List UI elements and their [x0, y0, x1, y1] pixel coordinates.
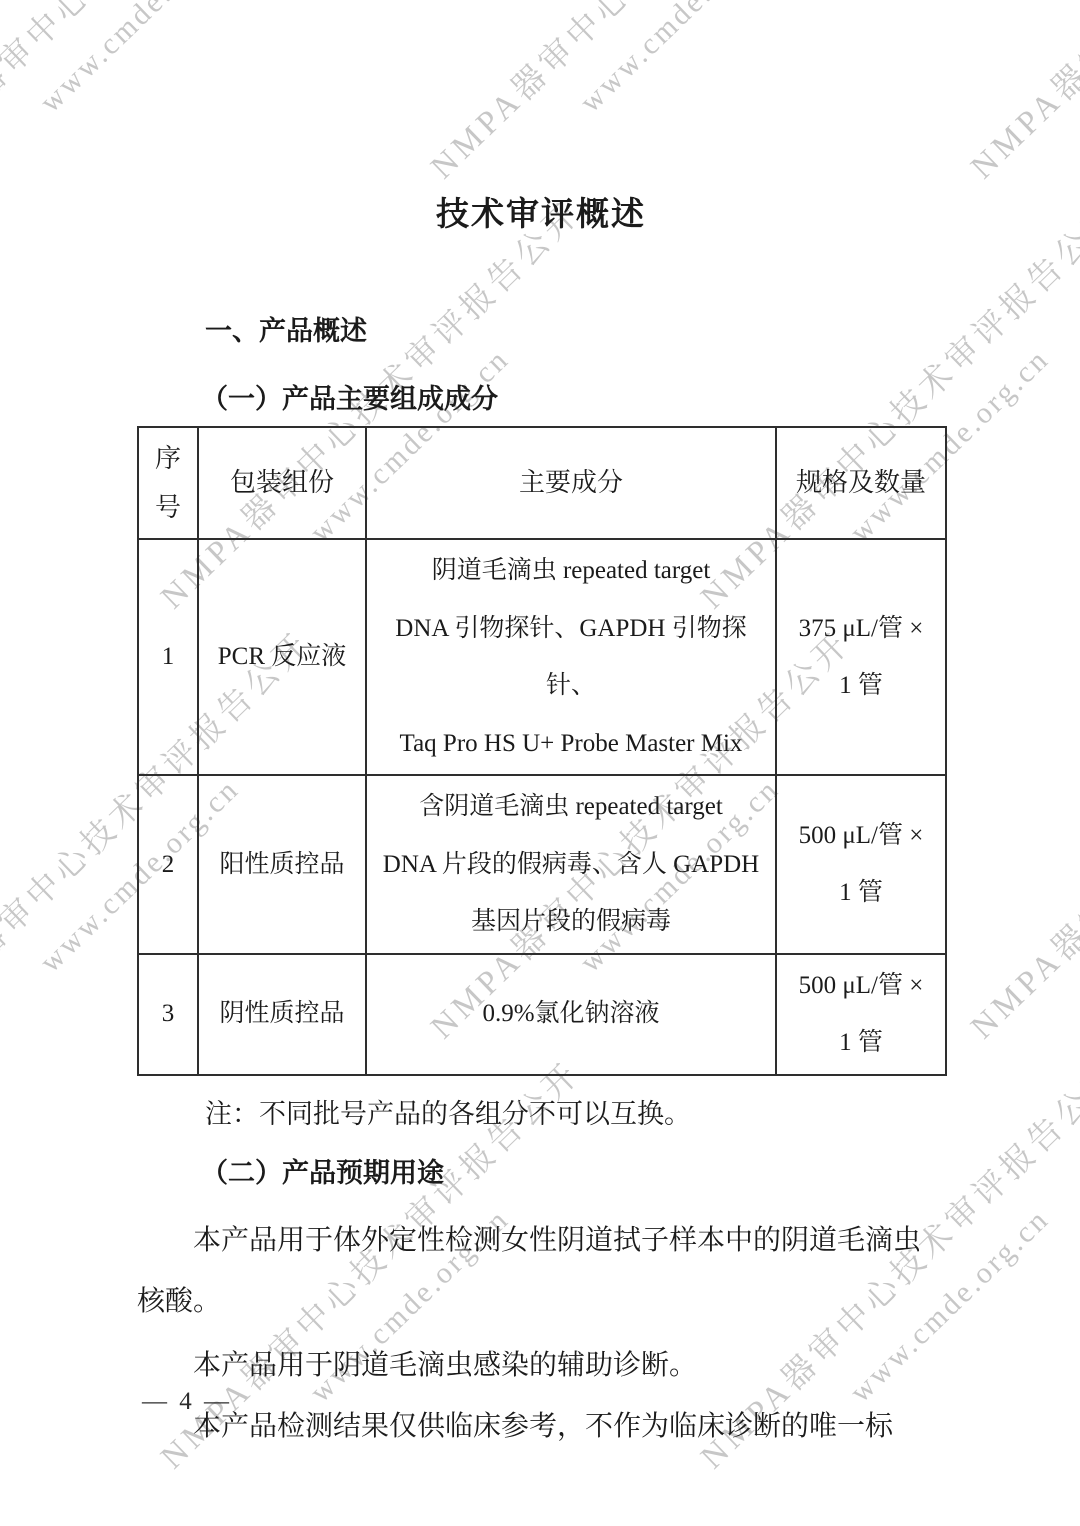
body-paragraph: 本产品用于阴道毛滴虫感染的辅助诊断。 [137, 1335, 945, 1397]
page-title: 技术审评概述 [137, 188, 945, 235]
header-package-component: 包装组份 [198, 427, 366, 539]
section-intended-use-heading: （二）产品预期用途 [137, 1151, 945, 1190]
cell-spec: 500 μL/管 × 1 管 [776, 775, 946, 954]
cell-serial: 3 [138, 954, 198, 1075]
document-page: NMPA器审中心技术审评报告公开www.cmde.org.cnNMPA器审中心技… [0, 0, 1080, 1526]
table-note: 注：不同批号产品的各组分不可以互换。 [137, 1092, 945, 1131]
header-spec-quantity: 规格及数量 [776, 427, 946, 539]
table-row: 2 阳性质控品 含阴道毛滴虫 repeated target DNA 片段的假病… [138, 775, 946, 954]
cell-spec: 375 μL/管 × 1 管 [776, 539, 946, 775]
cell-component: 阳性质控品 [198, 775, 366, 954]
table-row: 1 PCR 反应液 阴道毛滴虫 repeated target DNA 引物探针… [138, 539, 946, 775]
section-overview-heading: 一、产品概述 [137, 309, 945, 348]
table-header-row: 序号 包装组份 主要成分 规格及数量 [138, 427, 946, 539]
cell-ingredients: 0.9%氯化钠溶液 [366, 954, 776, 1075]
cell-component: PCR 反应液 [198, 539, 366, 775]
body-paragraph: 本产品检测结果仅供临床参考，不作为临床诊断的唯一标 [137, 1396, 945, 1458]
cell-spec: 500 μL/管 × 1 管 [776, 954, 946, 1075]
body-paragraph: 本产品用于体外定性检测女性阴道拭子样本中的阴道毛滴虫核酸。 [137, 1210, 945, 1333]
section-composition-heading: （一）产品主要组成成分 [137, 377, 945, 416]
table-row: 3 阴性质控品 0.9%氯化钠溶液 500 μL/管 × 1 管 [138, 954, 946, 1075]
cell-ingredients: 含阴道毛滴虫 repeated target DNA 片段的假病毒、含人 GAP… [366, 775, 776, 954]
header-serial-number: 序号 [138, 427, 198, 539]
cell-component: 阴性质控品 [198, 954, 366, 1075]
page-content: 技术审评概述 一、产品概述 （一）产品主要组成成分 序号 包装组份 主要成分 规… [0, 0, 1080, 1526]
cell-serial: 2 [138, 775, 198, 954]
cell-serial: 1 [138, 539, 198, 775]
components-table: 序号 包装组份 主要成分 规格及数量 1 PCR 反应液 阴道毛滴虫 repea… [137, 426, 947, 1076]
header-main-ingredients: 主要成分 [366, 427, 776, 539]
cell-ingredients: 阴道毛滴虫 repeated target DNA 引物探针、GAPDH 引物探… [366, 539, 776, 775]
page-number: — 4 — [142, 1388, 232, 1416]
